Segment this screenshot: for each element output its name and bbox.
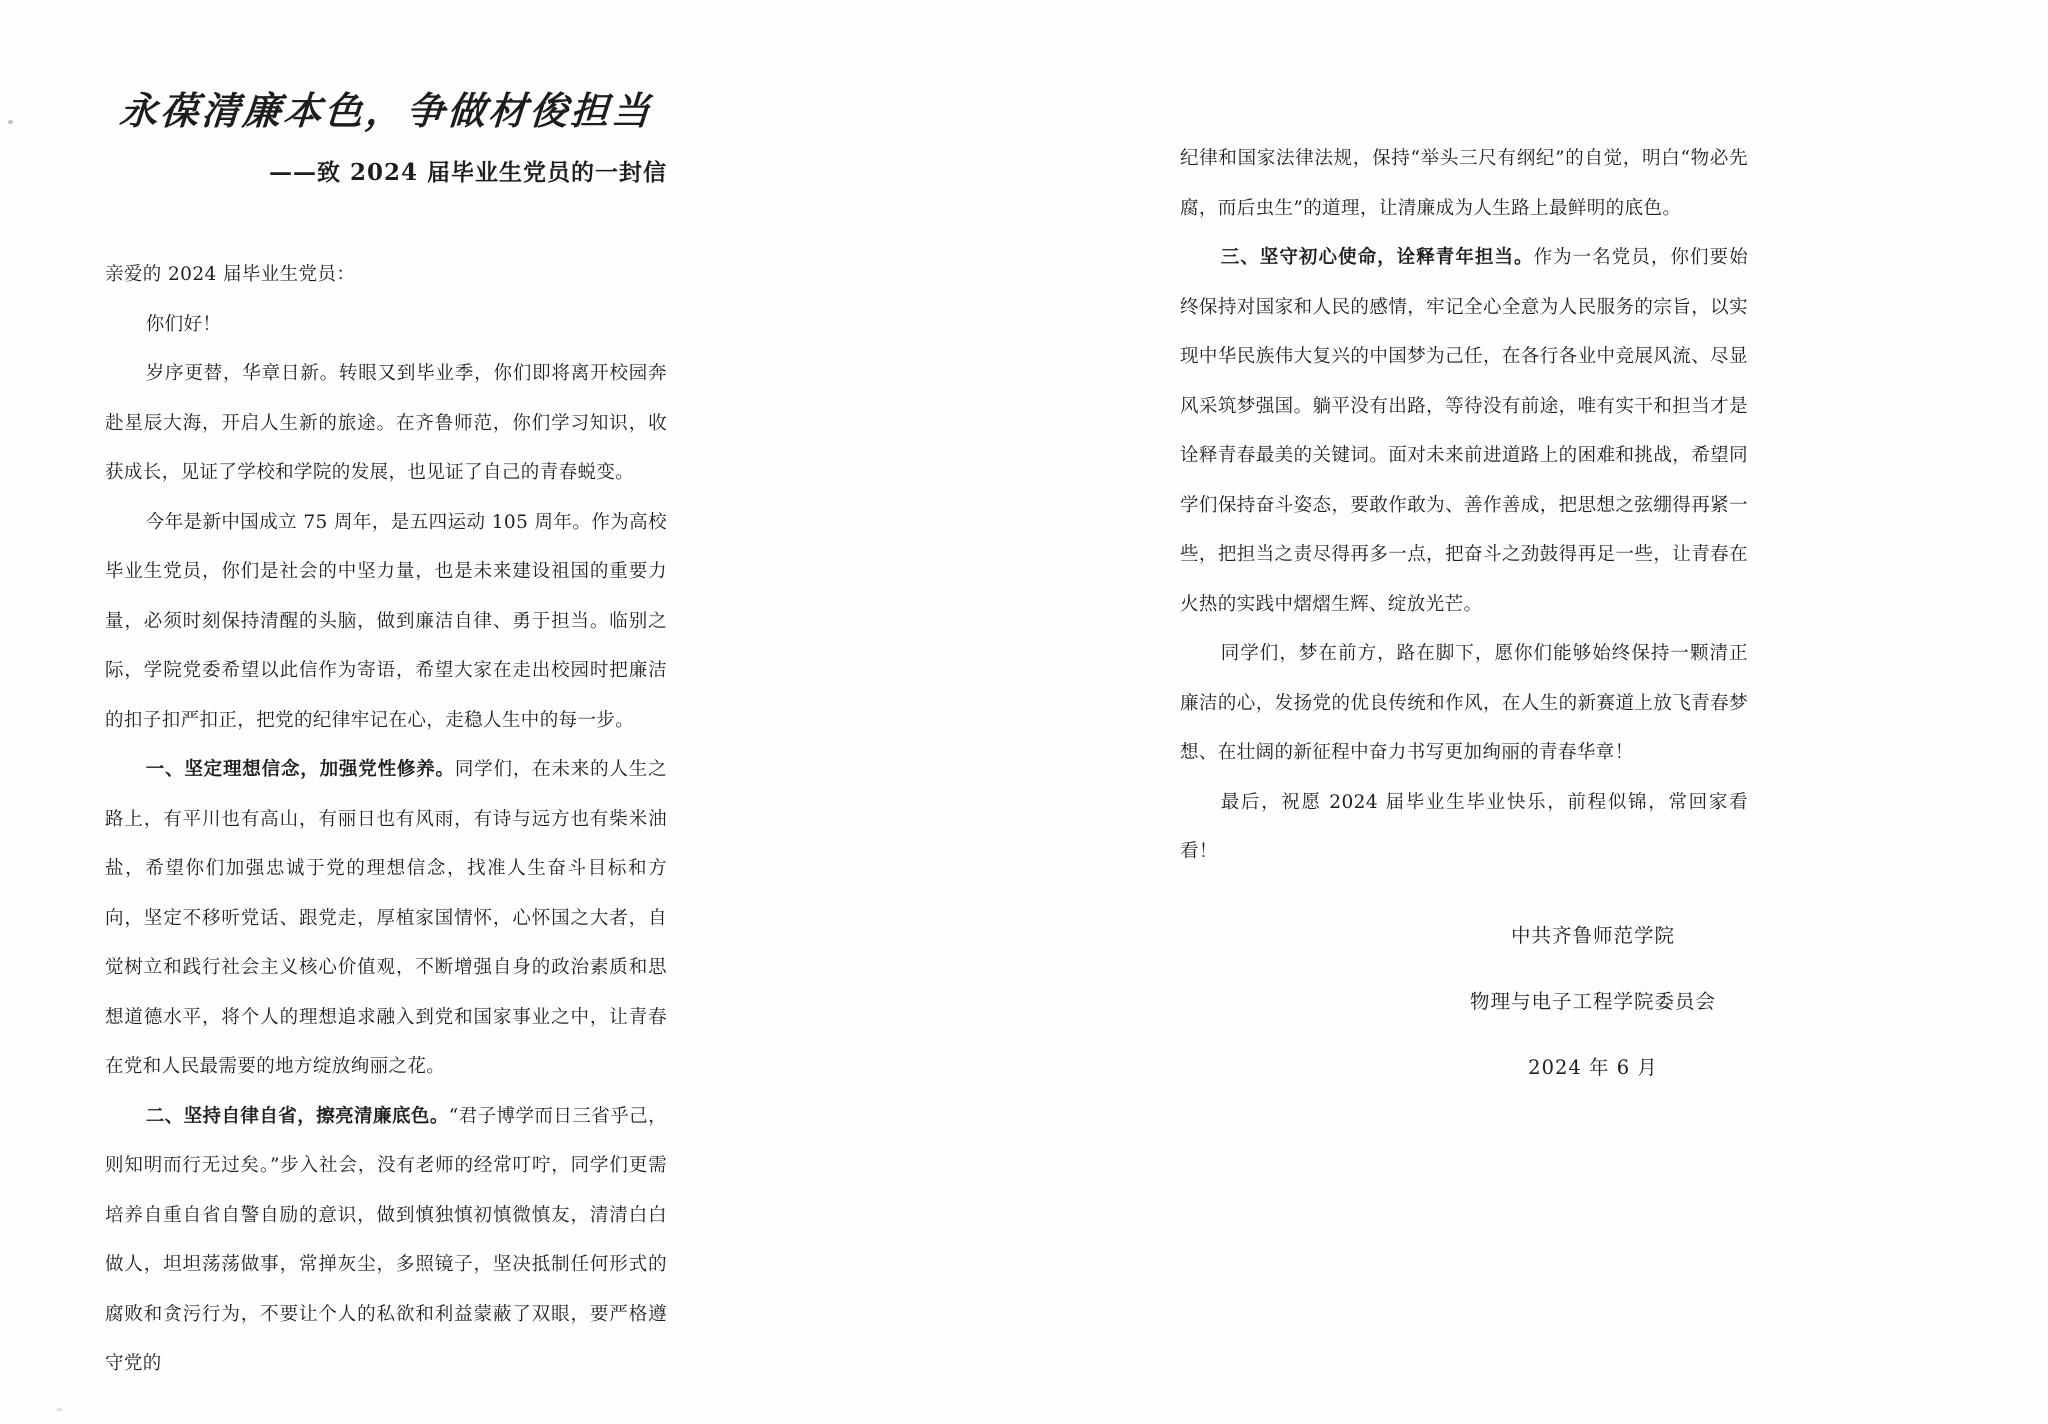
paragraph-text: 亲爱的 2024 届毕业生党员：	[105, 264, 355, 285]
page-left-body: 亲爱的 2024 届毕业生党员：你们好！岁序更替，华章日新。转眼又到毕业季，你们…	[105, 250, 667, 1389]
page-right: 纪律和国家法律法规，保持“举头三尺有纲纪”的自觉，明白“物必先腐，而后虫生”的道…	[1180, 0, 1748, 1101]
paragraph-text: 同学们，梦在前方，路在脚下，愿你们能够始终保持一颗清正廉洁的心，发扬党的优良传统…	[1180, 643, 1748, 763]
letter-title: 永葆清廉本色，争做材俊担当	[103, 80, 669, 142]
salutation: 亲爱的 2024 届毕业生党员：	[105, 250, 667, 300]
body-paragraph: 二、坚持自律自省，擦亮清廉底色。“君子博学而日三省乎己，则知明而行无过矣。”步入…	[105, 1092, 667, 1389]
signature-line: 物理与电子工程学院委员会	[1438, 969, 1748, 1035]
paragraph-text: 今年是新中国成立 75 周年，是五四运动 105 周年。作为高校毕业生党员，你们…	[105, 512, 667, 731]
paragraph-text: 岁序更替，华章日新。转眼又到毕业季，你们即将离开校园奔赴星辰大海，开启人生新的旅…	[105, 363, 667, 483]
section-heading: 一、坚定理想信念，加强党性修养。	[146, 759, 455, 780]
signature-line: 2024 年 6 月	[1438, 1035, 1748, 1101]
section-heading: 三、坚守初心使命，诠释青年担当。	[1221, 247, 1534, 268]
paragraph-text: 同学们，在未来的人生之路上，有平川也有高山，有丽日也有风雨，有诗与远方也有柴米油…	[105, 759, 667, 1077]
body-paragraph: 今年是新中国成立 75 周年，是五四运动 105 周年。作为高校毕业生党员，你们…	[105, 498, 667, 746]
signature-line: 中共齐鲁师范学院	[1438, 903, 1748, 969]
page-right-body: 纪律和国家法律法规，保持“举头三尺有纲纪”的自觉，明白“物必先腐，而后虫生”的道…	[1180, 134, 1748, 1101]
paragraph-text: “君子博学而日三省乎己，则知明而行无过矣。”步入社会，没有老师的经常叮咛，同学们…	[105, 1106, 667, 1375]
body-paragraph: 纪律和国家法律法规，保持“举头三尺有纲纪”的自觉，明白“物必先腐，而后虫生”的道…	[1180, 134, 1748, 233]
body-paragraph: 你们好！	[105, 300, 667, 350]
scan-speck	[56, 1408, 63, 1411]
page-left: 永葆清廉本色，争做材俊担当 ——致 2024 届毕业生党员的一封信 亲爱的 20…	[105, 0, 667, 1389]
body-paragraph: 一、坚定理想信念，加强党性修养。同学们，在未来的人生之路上，有平川也有高山，有丽…	[105, 745, 667, 1092]
body-paragraph: 岁序更替，华章日新。转眼又到毕业季，你们即将离开校园奔赴星辰大海，开启人生新的旅…	[105, 349, 667, 498]
paragraph-text: 作为一名党员，你们要始终保持对国家和人民的感情，牢记全心全意为人民服务的宗旨，以…	[1180, 247, 1748, 615]
paragraph-text: 你们好！	[146, 314, 222, 335]
body-paragraph: 最后，祝愿 2024 届毕业生毕业快乐，前程似锦，常回家看看！	[1180, 778, 1748, 877]
signature-block: 中共齐鲁师范学院物理与电子工程学院委员会2024 年 6 月	[1438, 903, 1748, 1101]
body-paragraph: 三、坚守初心使命，诠释青年担当。作为一名党员，你们要始终保持对国家和人民的感情，…	[1180, 233, 1748, 629]
paragraph-text: 最后，祝愿 2024 届毕业生毕业快乐，前程似锦，常回家看看！	[1180, 792, 1748, 863]
scanned-letter-spread: 永葆清廉本色，争做材俊担当 ——致 2024 届毕业生党员的一封信 亲爱的 20…	[0, 0, 2048, 1424]
paragraph-text: 纪律和国家法律法规，保持“举头三尺有纲纪”的自觉，明白“物必先腐，而后虫生”的道…	[1180, 148, 1748, 219]
scan-speck	[8, 120, 13, 124]
letter-subtitle: ——致 2024 届毕业生党员的一封信	[105, 152, 667, 194]
section-heading: 二、坚持自律自省，擦亮清廉底色。	[146, 1106, 449, 1127]
body-paragraph: 同学们，梦在前方，路在脚下，愿你们能够始终保持一颗清正廉洁的心，发扬党的优良传统…	[1180, 629, 1748, 778]
